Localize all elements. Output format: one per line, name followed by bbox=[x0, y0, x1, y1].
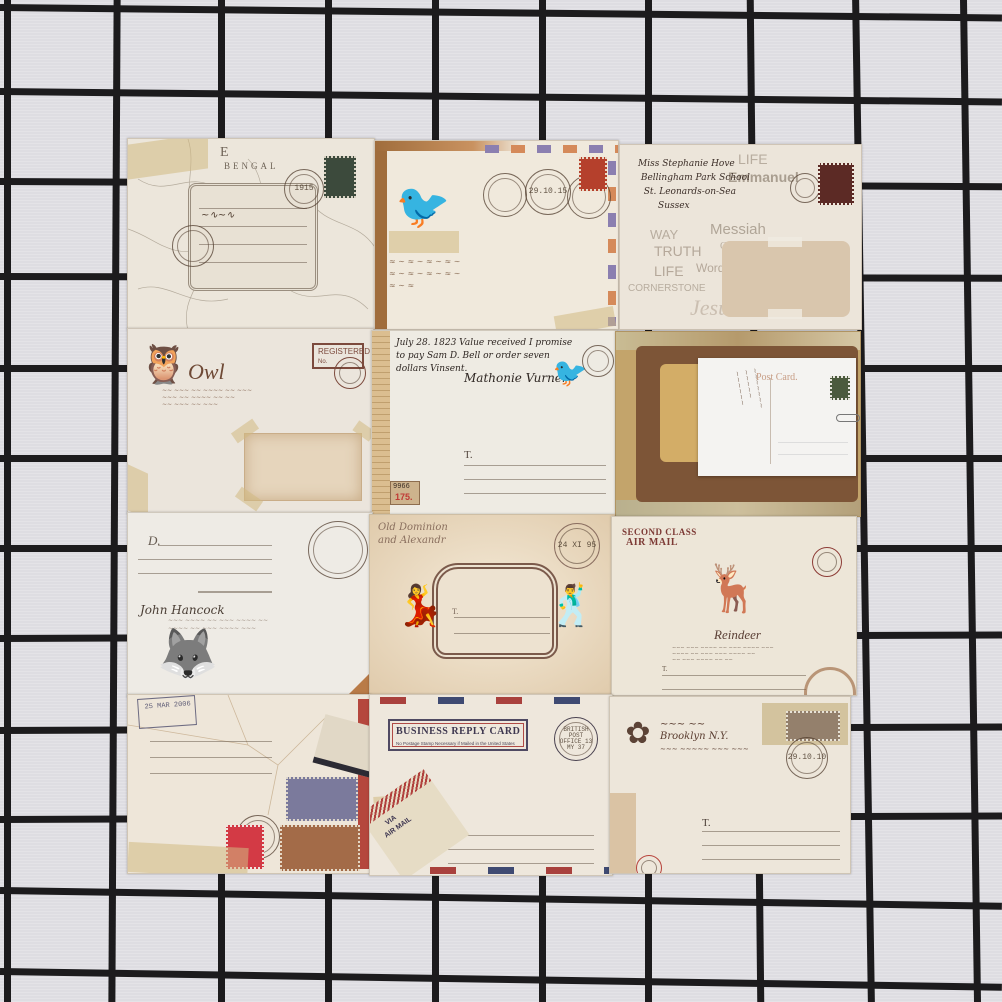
brown-landscape-stamp-icon bbox=[280, 825, 360, 871]
word-way: WAY bbox=[650, 227, 678, 242]
d-label: D. bbox=[148, 533, 161, 549]
ruler-strip bbox=[372, 331, 390, 516]
reindeer-icon: 🦌 bbox=[698, 557, 768, 621]
handwritten-letter: ≈ ∼ ≈ ∼ ≈ ∼ ≈ ∼ ≈ ∼ ≈ ∼ ≈ ∼ ≈ ∼ ≈ ∼ ≈ bbox=[389, 256, 469, 292]
ornate-frame bbox=[432, 563, 558, 659]
envelope-birds: 🐦 ≈ ∼ ≈ ∼ ≈ ∼ ≈ ∼ ≈ ∼ ≈ ∼ ≈ ∼ ≈ ∼ ≈ ∼ ≈ … bbox=[374, 140, 619, 330]
reindeer-title: Reindeer bbox=[714, 627, 761, 643]
owl-title: Owl bbox=[188, 359, 225, 385]
to-label: T. bbox=[662, 665, 668, 673]
to-label: T. bbox=[464, 449, 473, 461]
map-region-label: BENGAL bbox=[224, 161, 279, 171]
postmark-icon bbox=[636, 855, 662, 874]
owl-icon: 🦉 bbox=[142, 337, 186, 393]
queen-portrait-stamp-icon bbox=[818, 163, 854, 205]
date-stamp-box: 25 MAR 2006 bbox=[137, 695, 197, 729]
postmark-icon bbox=[308, 521, 368, 579]
envelope-rococo: Old Dominionand Alexandr 24 XI 95 T. 💃 🕺 bbox=[369, 514, 615, 696]
paperclip-icon bbox=[836, 414, 860, 422]
landscape-stamp-icon bbox=[786, 711, 840, 741]
dated-postmark: 1915 bbox=[284, 169, 324, 209]
envelope-fox: D. John Hancock ∼∼∼ ∼∼∼∼ ∼∼ ∼∼∼ ∼∼∼∼ ∼∼∼… bbox=[127, 512, 373, 698]
postcard-title: Post Card. bbox=[756, 372, 798, 383]
flower-icon: ✿ bbox=[620, 711, 656, 755]
photo-frame bbox=[244, 433, 362, 501]
dated-postmark: 29.10.10 bbox=[786, 737, 828, 779]
envelope-map: E BENGAL ~∿∼∿ 1915 bbox=[127, 138, 375, 330]
dated-postmark: 29.10.15 bbox=[525, 169, 571, 215]
postmark-icon bbox=[172, 225, 214, 267]
envelope-collage: E BENGAL ~∿∼∿ 1915 🐦 ≈ ∼ ≈ ∼ ≈ ∼ ≈ ∼ ≈ ∼… bbox=[127, 138, 862, 878]
fox-icon: 🦊 bbox=[148, 619, 228, 689]
green-portrait-stamp-icon bbox=[830, 376, 850, 400]
envelope-letter-bird: July 28. 1823 Value received I promise t… bbox=[371, 330, 617, 516]
word-life-2: LIFE bbox=[654, 263, 684, 279]
postmark-icon bbox=[483, 173, 527, 217]
purple-landscape-stamp-icon bbox=[286, 777, 358, 821]
envelope-window bbox=[722, 241, 850, 317]
lady-figure-icon: 💃 bbox=[400, 555, 440, 655]
word-messiah: Messiah bbox=[710, 221, 766, 238]
postcard: Post Card. ∼∼∼∼∼∼∼∼∼∼∼∼∼∼∼∼∼∼ bbox=[698, 358, 856, 476]
handwritten-address: Miss Stephanie Hove Bellingham Park Scho… bbox=[638, 157, 750, 213]
envelope-scripture: LIFE Emmanuel WAY Messiah TRUTH Comforte… bbox=[619, 144, 862, 330]
envelope-business-reply: BUSINESS REPLY CARD No Postage Stamp Nec… bbox=[369, 694, 613, 876]
signature: John Hancock bbox=[140, 603, 225, 617]
envelope-post-card: Post Card. ∼∼∼∼∼∼∼∼∼∼∼∼∼∼∼∼∼∼ bbox=[615, 331, 861, 517]
signature-scribble: ~∿∼∿ bbox=[201, 210, 235, 221]
reindeer-description: ∼∼∼ ∼∼∼ ∼∼∼∼ ∼∼ ∼∼∼ ∼∼∼∼ ∼∼∼∼∼∼∼ ∼∼ ∼∼∼ … bbox=[672, 645, 774, 663]
postmark-icon bbox=[790, 173, 820, 203]
to-label: T. bbox=[452, 607, 458, 616]
postmark-icon bbox=[334, 357, 366, 389]
via-airmail-corner: VIA AIR MAIL bbox=[369, 769, 469, 876]
word-truth: TRUTH bbox=[654, 243, 701, 259]
word-cornerstone: CORNERSTONE bbox=[628, 283, 706, 294]
envelope-owl: 🦉 Owl ∼∼ ∼∼∼ ∼∼ ∼∼∼∼ ∼∼ ∼∼∼∼∼∼ ∼∼ ∼∼∼∼ ∼… bbox=[127, 328, 374, 514]
owl-caption: ∼∼ ∼∼∼ ∼∼ ∼∼∼∼ ∼∼ ∼∼∼∼∼∼ ∼∼ ∼∼∼∼ ∼∼ ∼∼∼∼… bbox=[162, 387, 252, 408]
second-class-label: SECOND CLASS bbox=[622, 527, 697, 537]
envelope-brooklyn: ✿ ∼∼∼ ∼∼Brooklyn N.Y.∼∼∼ ∼∼∼∼∼ ∼∼∼ ∼∼∼ 2… bbox=[609, 696, 851, 874]
envelope-reindeer: SECOND CLASS AIR MAIL 🦌 Reindeer ∼∼∼ ∼∼∼… bbox=[611, 516, 857, 696]
gentleman-figure-icon: 🕺 bbox=[552, 555, 592, 655]
handwritten-note: Old Dominionand Alexandr bbox=[378, 521, 448, 547]
postmark-icon bbox=[812, 547, 842, 577]
red-ornate-stamp-icon bbox=[579, 157, 607, 191]
air-mail-label: AIR MAIL bbox=[626, 537, 678, 548]
word-word: Word bbox=[696, 261, 724, 275]
postmark-icon bbox=[582, 345, 614, 377]
portrait-stamp-icon bbox=[324, 156, 356, 198]
ticket-stub: 9966 175. bbox=[390, 481, 420, 505]
business-reply-box: BUSINESS REPLY CARD No Postage Stamp Nec… bbox=[388, 719, 528, 751]
to-label: T. bbox=[702, 817, 711, 829]
envelope-stamps-collage: 25 MAR 2006 bbox=[127, 694, 371, 874]
handwritten-address: ∼∼∼ ∼∼Brooklyn N.Y.∼∼∼ ∼∼∼∼∼ ∼∼∼ ∼∼∼ bbox=[660, 719, 749, 755]
coffee-ring bbox=[804, 667, 856, 696]
map-letter: E bbox=[220, 145, 229, 161]
dated-postmark: BRITISH POST OFFICE 13 MY 37 bbox=[554, 717, 598, 761]
